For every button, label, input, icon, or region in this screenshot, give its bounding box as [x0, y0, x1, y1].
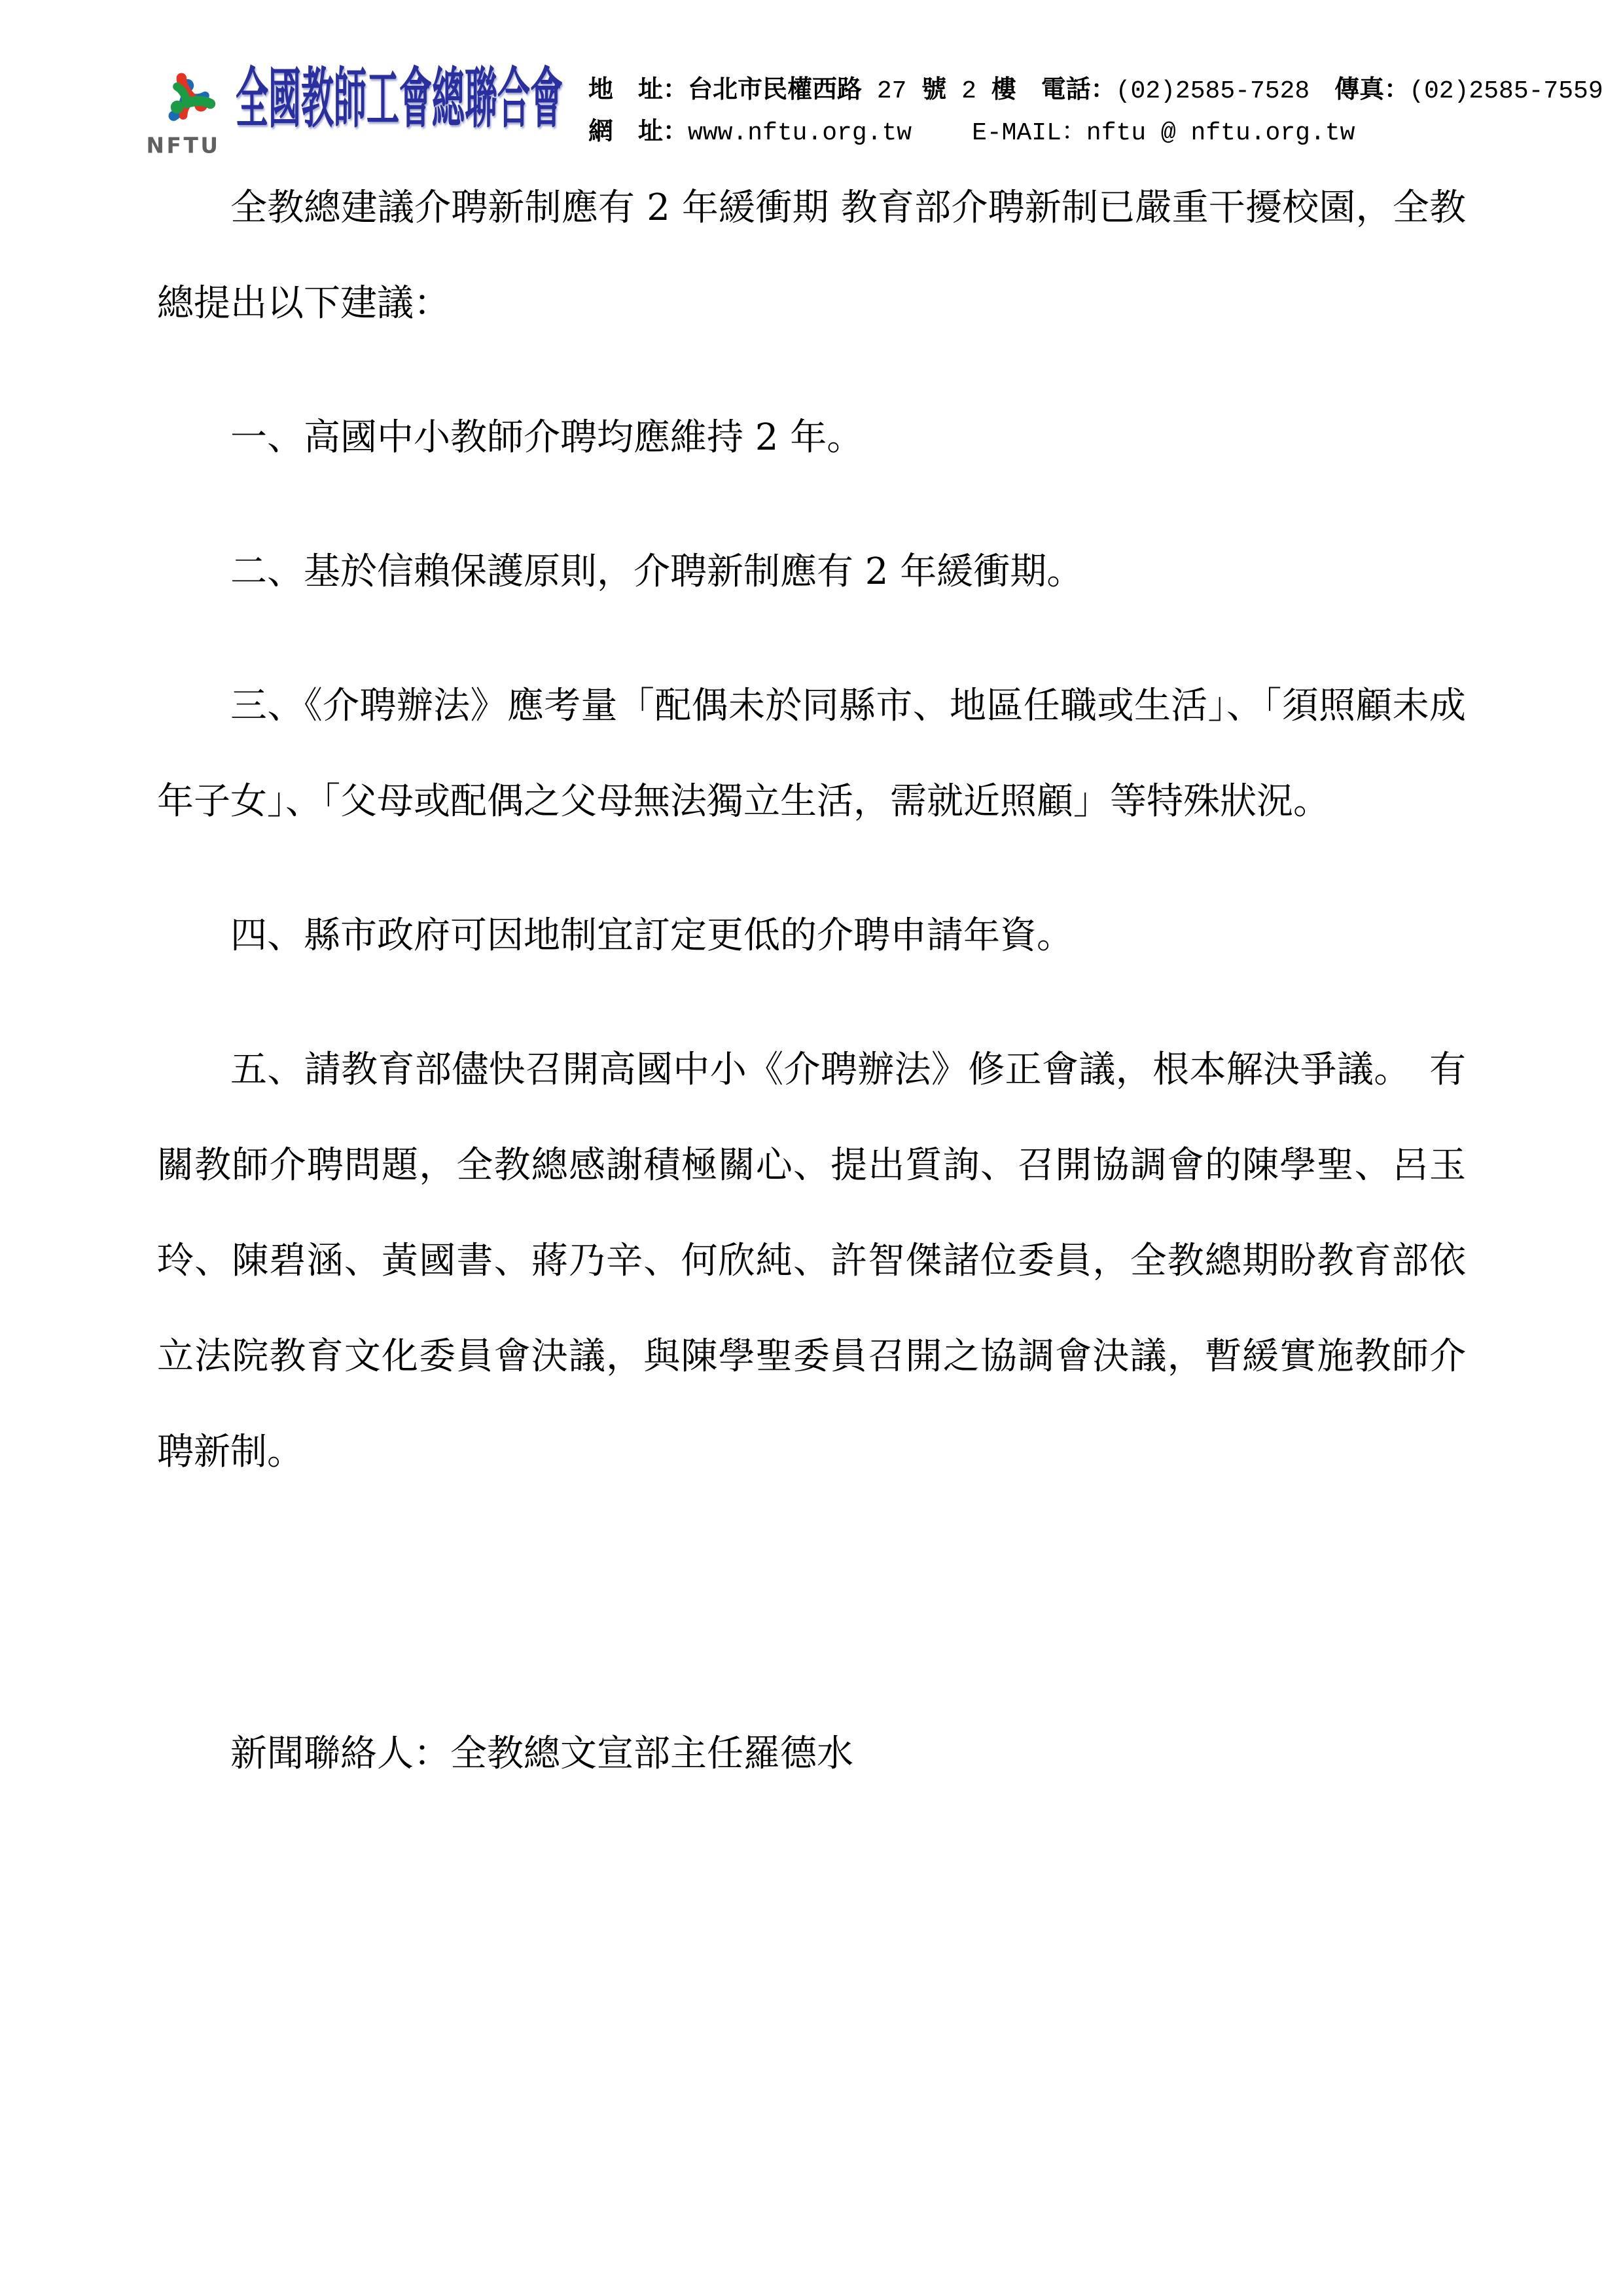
press-contact-line: 新聞聯絡人：全教總文宣部主任羅德水 — [157, 1706, 1466, 1802]
address-floor-unit: 樓 — [991, 75, 1016, 103]
contact-web-row: 網 址：www.nftu.org.twE-MAIL：nftu @ nftu.or… — [588, 110, 1603, 152]
intro-paragraph: 全教總建議介聘新制應有 2 年緩衝期 教育部介聘新制已嚴重干擾校園，全教總提出以… — [157, 160, 1466, 351]
org-name: 全國教師工會總聯合會 — [236, 62, 401, 135]
phone-label: 電話： — [1041, 75, 1116, 103]
contact-address-row: 地 址：台北市民權西路 27 號 2 樓電話：(02)2585-7528傳真：(… — [588, 68, 1603, 110]
address-floor: 2 — [946, 77, 991, 105]
letterhead: NFTU 全國教師工會總聯合會 地 址：台北市民權西路 27 號 2 樓電話：(… — [143, 58, 1544, 156]
list-item-2: 二、基於信賴保護原則，介聘新制應有 2 年緩衝期。 — [157, 524, 1466, 620]
email-address: nftu @ nftu.org.tw — [1086, 119, 1355, 147]
address-number-unit: 號 — [921, 75, 946, 103]
contact-info: 地 址：台北市民權西路 27 號 2 樓電話：(02)2585-7528傳真：(… — [588, 58, 1603, 152]
list-item-1: 一、高國中小教師介聘均應維持 2 年。 — [157, 390, 1466, 486]
fax-number: (02)2585-7559 — [1409, 77, 1603, 105]
website-url: www.nftu.org.tw — [688, 119, 912, 147]
address-label: 地 址： — [588, 75, 688, 103]
org-name-wrap: 全國教師工會總聯合會 — [236, 58, 566, 153]
list-item-5: 五、請教育部儘快召開高國中小《介聘辦法》修正會議，根本解決爭議。 有關教師介聘問… — [157, 1022, 1466, 1500]
address-street: 台北市民權西路 — [688, 75, 862, 103]
list-item-3: 三、《介聘辦法》應考量「配偶未於同縣市、地區任職或生活」、「須照顧未成年子女」、… — [157, 658, 1466, 850]
document-page: NFTU 全國教師工會總聯合會 地 址：台北市民權西路 27 號 2 樓電話：(… — [0, 0, 1623, 2296]
nftu-logo-icon: NFTU — [143, 58, 234, 156]
logo-abbr-text: NFTU — [146, 133, 220, 156]
phone-number: (02)2585-7528 — [1116, 77, 1310, 105]
website-label: 網 址： — [588, 117, 688, 145]
list-item-4: 四、縣市政府可因地制宜訂定更低的介聘申請年資。 — [157, 888, 1466, 984]
email-label: E-MAIL： — [972, 119, 1086, 147]
document-body: 全教總建議介聘新制應有 2 年緩衝期 教育部介聘新制已嚴重干擾校園，全教總提出以… — [157, 160, 1466, 1840]
address-number: 27 — [862, 77, 921, 105]
org-logo: NFTU 全國教師工會總聯合會 — [143, 58, 566, 156]
fax-label: 傳真： — [1334, 75, 1409, 103]
